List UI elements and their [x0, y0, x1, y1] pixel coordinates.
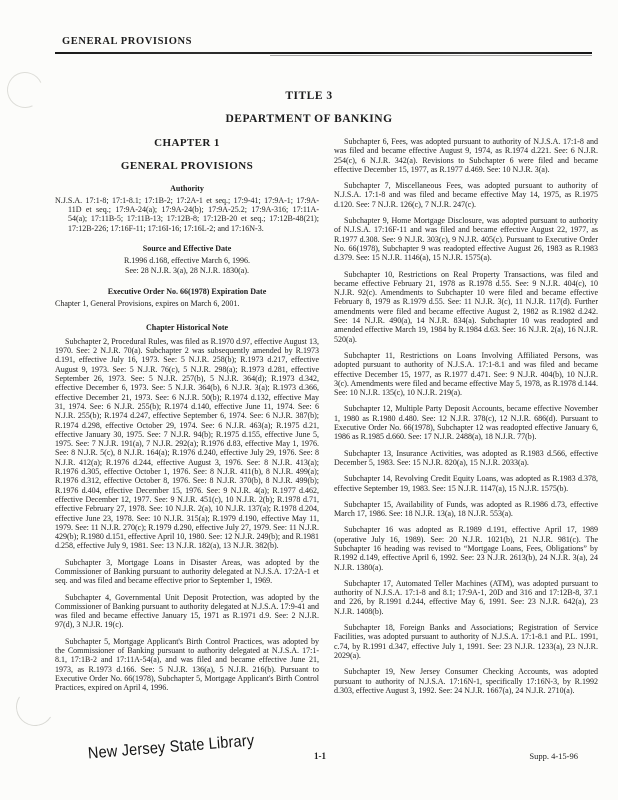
source-line: See: 28 N.J.R. 3(a), 28 N.J.R. 1830(a).: [55, 266, 319, 275]
punch-hole-mark: [12, 684, 57, 729]
historical-paragraph: Subchapter 16 was adopted as R.1989 d.19…: [334, 525, 598, 571]
two-column-body: CHAPTER 1 GENERAL PROVISIONS Authority N…: [55, 137, 598, 695]
historical-paragraph: Subchapter 17, Automated Teller Machines…: [334, 579, 598, 616]
spacer: [55, 275, 319, 287]
historical-paragraph: Subchapter 11, Restrictions on Loans Inv…: [334, 351, 598, 397]
source-heading: Source and Effective Date: [55, 244, 319, 253]
supplement-date: Supp. 4-15-96: [529, 751, 578, 761]
authority-heading: Authority: [55, 184, 319, 193]
chapter-title: GENERAL PROVISIONS: [55, 162, 319, 171]
right-column: Subchapter 6, Fees, was adopted pursuant…: [334, 137, 598, 695]
historical-paragraph: Subchapter 6, Fees, was adopted pursuant…: [334, 137, 598, 174]
source-line: R.1996 d.168, effective March 6, 1996.: [55, 256, 319, 265]
historical-paragraph: Subchapter 12, Multiple Party Deposit Ac…: [334, 404, 598, 441]
historical-paragraph: Subchapter 3, Mortgage Loans in Disaster…: [55, 558, 319, 586]
document-page: GENERAL PROVISIONS TITLE 3 DEPARTMENT OF…: [0, 0, 618, 800]
authority-citations: N.J.S.A. 17:1-8; 17:1-8.1; 17:1B-2; 17:2…: [55, 196, 319, 233]
historical-paragraph: Subchapter 18, Foreign Banks and Associa…: [334, 623, 598, 660]
chapter-label: CHAPTER 1: [55, 139, 319, 148]
historical-paragraph: Subchapter 13, Insurance Activities, was…: [334, 449, 598, 468]
expiration-heading: Executive Order No. 66(1978) Expiration …: [55, 287, 319, 296]
spacer: [55, 311, 319, 323]
page-title: TITLE 3: [0, 90, 618, 102]
left-column: CHAPTER 1 GENERAL PROVISIONS Authority N…: [55, 137, 319, 693]
historical-paragraph: Subchapter 19, New Jersey Consumer Check…: [334, 667, 598, 695]
historical-paragraph: Subchapter 2, Procedural Rules, was file…: [55, 337, 319, 551]
title-block: TITLE 3 DEPARTMENT OF BANKING: [0, 90, 618, 125]
page-number: 1-1: [0, 751, 618, 761]
historical-paragraph: Subchapter 9, Home Mortgage Disclosure, …: [334, 216, 598, 262]
historical-paragraph: Subchapter 14, Revolving Credit Equity L…: [334, 474, 598, 493]
header-rule: [55, 52, 592, 54]
historical-paragraph: Subchapter 5, Mortgage Applicant's Birth…: [55, 637, 319, 693]
expiration-text: Chapter 1, General Provisions, expires o…: [55, 299, 319, 308]
historical-note-heading: Chapter Historical Note: [55, 323, 319, 332]
page-subtitle: DEPARTMENT OF BANKING: [0, 113, 618, 125]
historical-paragraph: Subchapter 4, Governmental Unit Deposit …: [55, 593, 319, 630]
historical-paragraph: Subchapter 7, Miscellaneous Fees, was ad…: [334, 181, 598, 209]
running-head: GENERAL PROVISIONS: [62, 36, 192, 47]
historical-paragraph: Subchapter 10, Restrictions on Real Prop…: [334, 270, 598, 344]
historical-paragraph: Subchapter 15, Availability of Funds, wa…: [334, 500, 598, 519]
